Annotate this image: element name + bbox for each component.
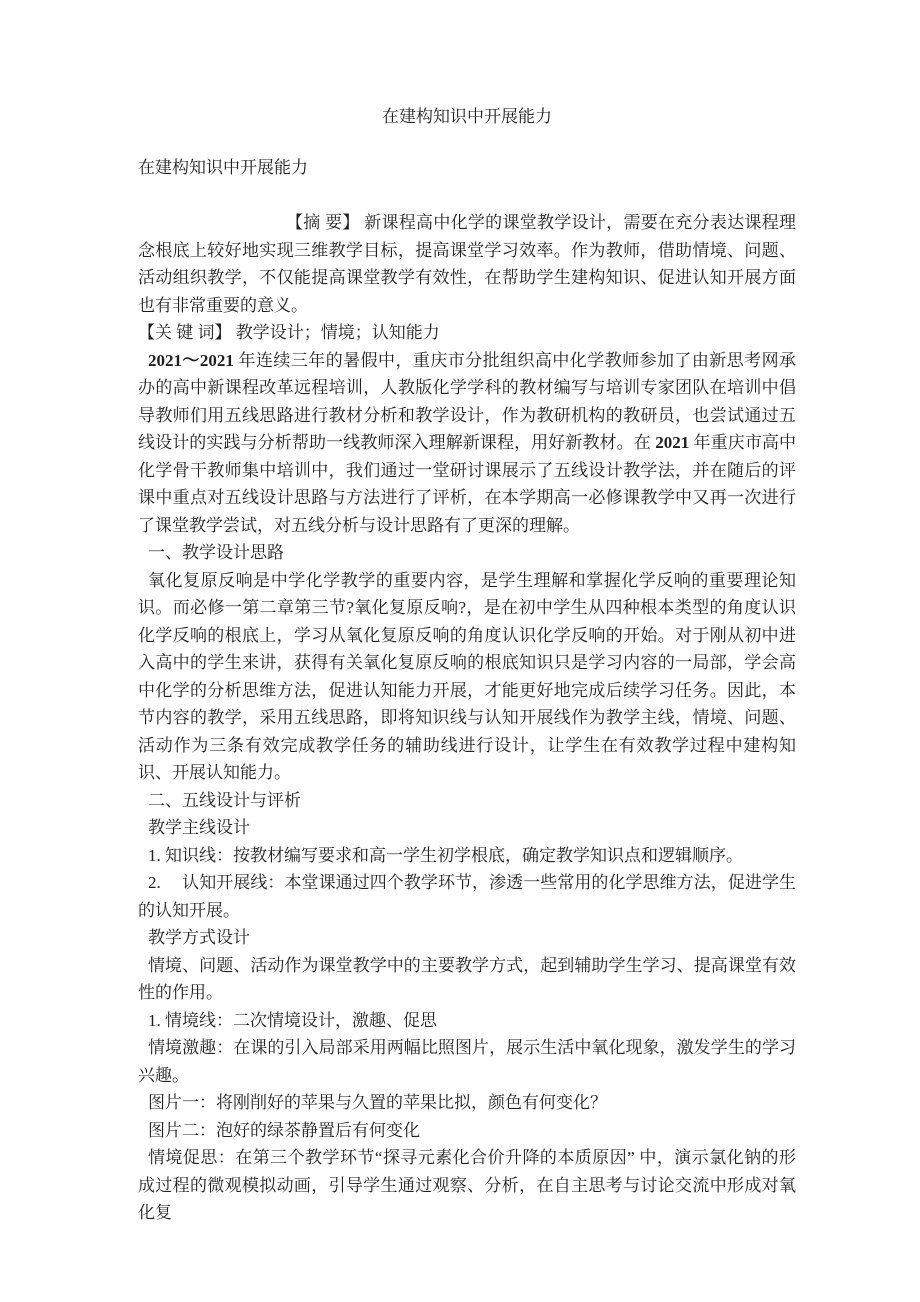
text-run: 1. 情境线：二次情境设计，激趣、促思 [148,1011,437,1030]
doc-title: 在建构知识中开展能力 [138,103,796,131]
text-run: 教学方式设计 [148,928,250,947]
situation-interest-paragraph: 情境激趣：在课的引入局部采用两幅比照图片，展示生活中氧化现象，激发学生的学习兴趣… [138,1034,796,1089]
text-run: 在建构知识中开展能力 [138,158,308,177]
abstract-paragraph: 【摘 要】 新课程高中化学的课堂教学设计，需要在充分表达课程理念根底上较好地实现… [138,209,796,319]
bold-text-run: 2021～2021 [148,351,234,370]
document-page: 在建构知识中开展能力在建构知识中开展能力【摘 要】 新课程高中化学的课堂教学设计… [138,103,796,1227]
subheading-main-line-design: 教学主线设计 [138,814,796,842]
text-run: 在建构知识中开展能力 [382,107,552,126]
keywords-line: 【关 键 词】 教学设计；情境；认知能力 [138,319,796,347]
text-run: 二、五线设计与评析 [148,791,301,810]
bold-text-run: 2021 [655,433,689,452]
doc-subtitle: 在建构知识中开展能力 [138,154,796,182]
section-heading-1: 一、教学设计思路 [138,539,796,567]
teaching-method-paragraph: 情境、问题、活动作为课堂教学中的主要教学方式，起到辅助学生学习、提高课堂有效性的… [138,952,796,1007]
text-run: 1. 知识线：按教材编写要求和高一学生初学根底，确定教学知识点和逻辑顺序。 [148,846,743,865]
text-run: 图片一：将刚削好的苹果与久置的苹果比拟，颜色有何变化？ [148,1093,607,1112]
picture-1-line: 图片一：将刚削好的苹果与久置的苹果比拟，颜色有何变化？ [138,1089,796,1117]
text-run: 氧化复原反响是中学化学教学的重要内容，是学生理解和掌握化学反响的重要理论知识。而… [138,571,796,783]
text-run: 2. 认知开展线：本堂课通过四个教学环节，渗透一些常用的化学思维方法，促进学生的… [138,873,796,920]
text-run: 一、教学设计思路 [148,543,284,562]
item-situation-line: 1. 情境线：二次情境设计，激趣、促思 [138,1007,796,1035]
picture-2-line: 图片二：泡好的绿茶静置后有何变化 [138,1117,796,1145]
text-run: 图片二：泡好的绿茶静置后有何变化 [148,1121,420,1140]
item-knowledge-line: 1. 知识线：按教材编写要求和高一学生初学根底，确定教学知识点和逻辑顺序。 [138,842,796,870]
intro-paragraph: 2021～2021 年连续三年的暑假中，重庆市分批组织高中化学教师参加了由新思考… [138,347,796,540]
text-run: 情境激趣：在课的引入局部采用两幅比照图片，展示生活中氧化现象，激发学生的学习兴趣… [138,1038,796,1085]
subheading-teaching-method-design: 教学方式设计 [138,924,796,952]
text-run: 【关 键 词】 教学设计；情境；认知能力 [138,323,440,342]
situation-thinking-paragraph: 情境促思：在第三个教学环节“探寻元素化合价升降的本质原因” 中，演示氯化钠的形成… [138,1144,796,1227]
text-run: 教学主线设计 [148,818,250,837]
section-heading-2: 二、五线设计与评析 [138,787,796,815]
section-1-paragraph: 氧化复原反响是中学化学教学的重要内容，是学生理解和掌握化学反响的重要理论知识。而… [138,567,796,787]
text-run: 情境促思：在第三个教学环节“探寻元素化合价升降的本质原因” 中，演示氯化钠的形成… [138,1148,796,1222]
text-run: 【摘 要】 新课程高中化学的课堂教学设计，需要在充分表达课程理念根底上较好地实现… [138,213,796,315]
item-cognition-line: 2. 认知开展线：本堂课通过四个教学环节，渗透一些常用的化学思维方法，促进学生的… [138,869,796,924]
text-run: 情境、问题、活动作为课堂教学中的主要教学方式，起到辅助学生学习、提高课堂有效性的… [138,956,796,1003]
